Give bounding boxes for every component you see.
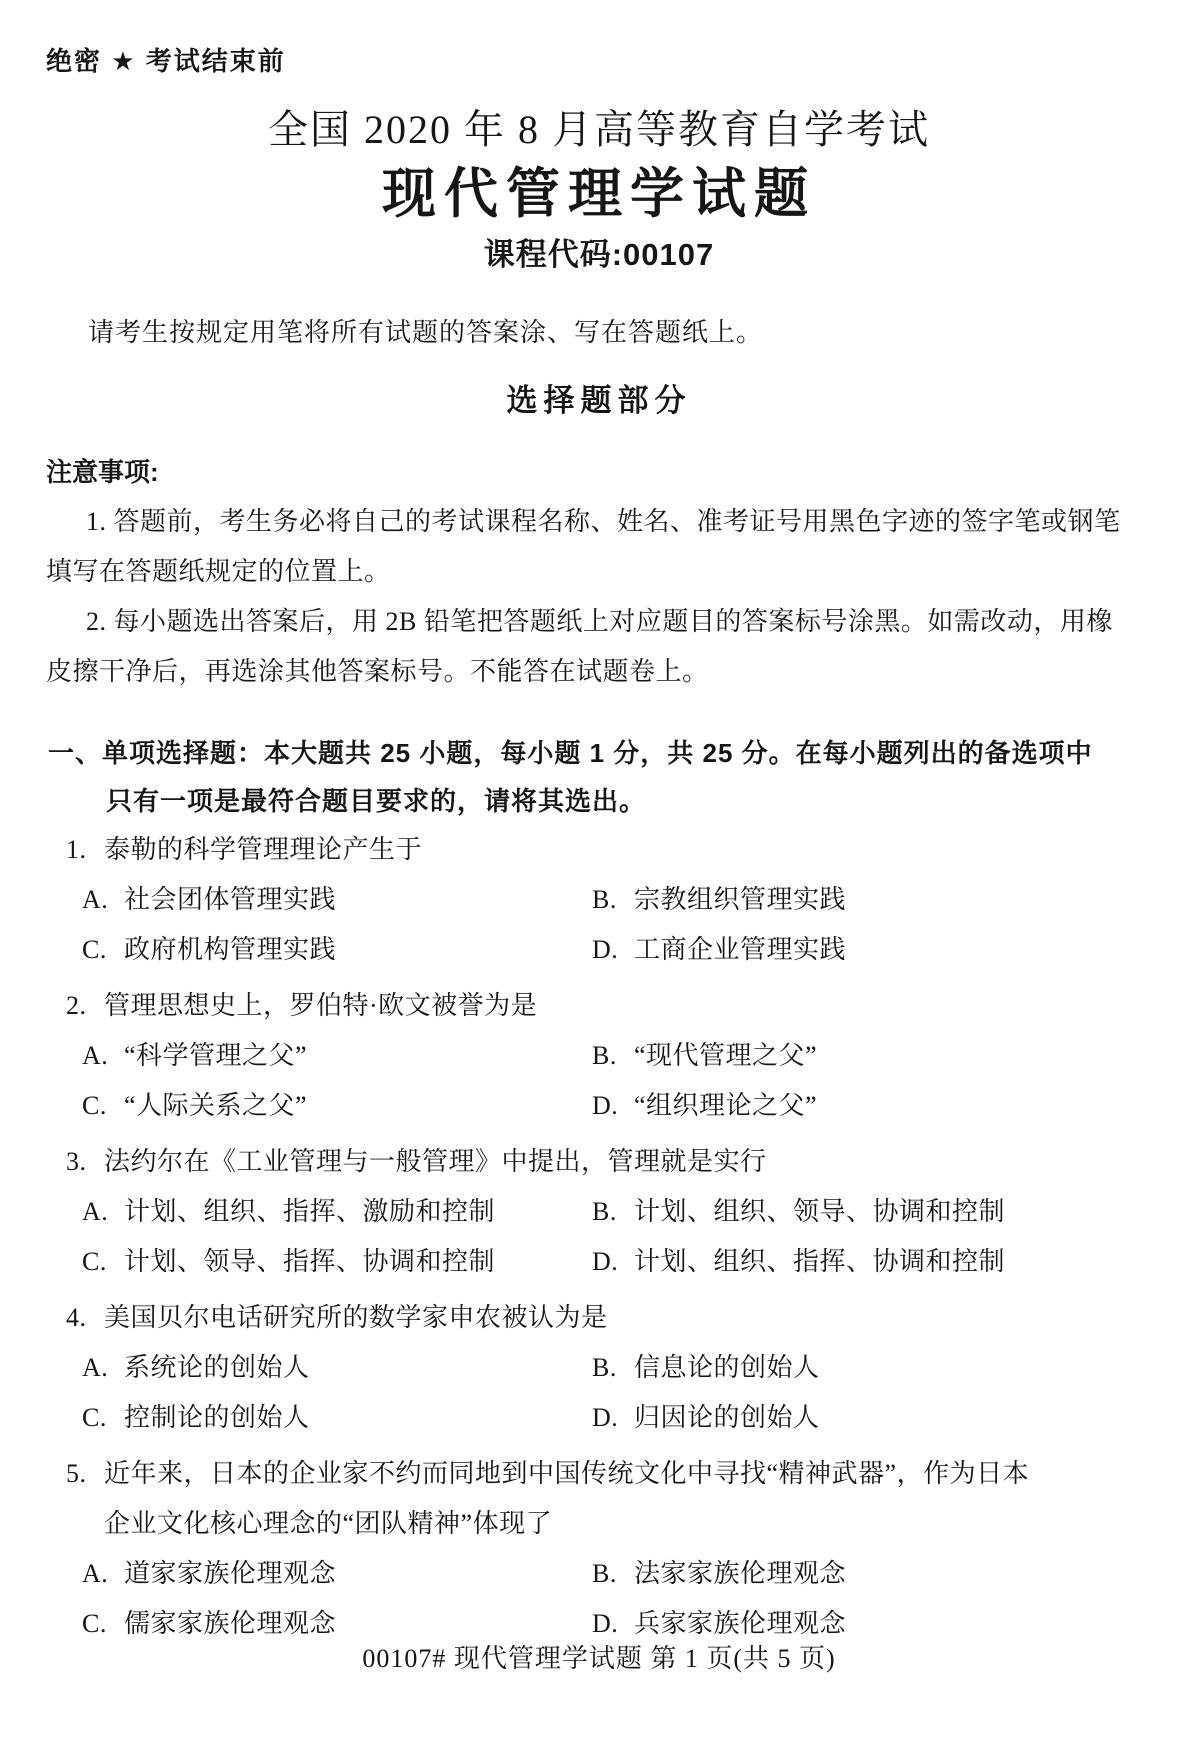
option-A: A.系统论的创始人 (82, 1343, 592, 1393)
question-stem-line: 企业文化核心理念的“团队精神”体现了 (104, 1499, 1152, 1549)
question-text: 近年来，日本的企业家不约而同地到中国传统文化中寻找“精神武器”，作为日本企业文化… (104, 1449, 1152, 1549)
secrecy-label: 绝密 ★ 考试结束前 (46, 46, 1152, 77)
option-label: D. (592, 1237, 634, 1287)
option-text: 计划、组织、指挥、协调和控制 (634, 1237, 1152, 1287)
note-item-1-line-1: 1. 答题前，考生务必将自己的考试课程名称、姓名、准考证号用黑色字迹的签字笔或钢… (46, 497, 1152, 547)
question-stem: 5. 近年来，日本的企业家不约而同地到中国传统文化中寻找“精神武器”，作为日本企… (46, 1449, 1152, 1549)
option-label: A. (82, 1187, 124, 1237)
question: 3. 法约尔在《工业管理与一般管理》中提出，管理就是实行 A.计划、组织、指挥、… (46, 1137, 1152, 1287)
question-number: 5. (66, 1449, 104, 1549)
question-stem-line: 管理思想史上，罗伯特·欧文被誉为是 (104, 981, 1152, 1031)
option-text: 法家家族伦理观念 (634, 1549, 1152, 1599)
question-text: 美国贝尔电话研究所的数学家申农被认为是 (104, 1293, 1152, 1343)
question-text: 泰勒的科学管理理论产生于 (104, 825, 1152, 875)
option-text: 系统论的创始人 (124, 1343, 592, 1393)
question: 4. 美国贝尔电话研究所的数学家申农被认为是 A.系统论的创始人B.信息论的创始… (46, 1293, 1152, 1443)
option-label: C. (82, 925, 124, 975)
option-label: B. (592, 1031, 634, 1081)
option-A: A.道家家族伦理观念 (82, 1549, 592, 1599)
question-number: 1. (66, 825, 104, 875)
exam-subject-title: 现代管理学试题 (46, 163, 1152, 225)
option-A: A.社会团体管理实践 (82, 875, 592, 925)
option-text: 归因论的创始人 (634, 1393, 1152, 1443)
option-label: B. (592, 1343, 634, 1393)
option-B: B.宗教组织管理实践 (592, 875, 1152, 925)
part-one-heading-line-1: 一、单项选择题：本大题共 25 小题，每小题 1 分，共 25 分。在每小题列出… (48, 729, 1152, 777)
option-D: D.“组织理论之父” (592, 1081, 1152, 1131)
option-text: 计划、组织、领导、协调和控制 (634, 1187, 1152, 1237)
notes-title: 注意事项: (46, 455, 1152, 489)
exam-title: 全国 2020 年 8 月高等教育自学考试 (46, 105, 1152, 155)
option-text: 计划、组织、指挥、激励和控制 (124, 1187, 592, 1237)
question-stem-line: 法约尔在《工业管理与一般管理》中提出，管理就是实行 (104, 1137, 1152, 1187)
question-options: A.社会团体管理实践B.宗教组织管理实践C.政府机构管理实践D.工商企业管理实践 (46, 875, 1152, 975)
option-D: D.归因论的创始人 (592, 1393, 1152, 1443)
option-text: 政府机构管理实践 (124, 925, 592, 975)
exam-paper-page: 绝密 ★ 考试结束前 全国 2020 年 8 月高等教育自学考试 现代管理学试题… (0, 0, 1198, 1752)
question: 2. 管理思想史上，罗伯特·欧文被誉为是 A.“科学管理之父”B.“现代管理之父… (46, 981, 1152, 1131)
question-text: 管理思想史上，罗伯特·欧文被誉为是 (104, 981, 1152, 1031)
option-A: A.计划、组织、指挥、激励和控制 (82, 1187, 592, 1237)
question-stem-line: 近年来，日本的企业家不约而同地到中国传统文化中寻找“精神武器”，作为日本 (104, 1449, 1152, 1499)
question-text: 法约尔在《工业管理与一般管理》中提出，管理就是实行 (104, 1137, 1152, 1187)
option-label: C. (82, 1393, 124, 1443)
option-B: B.“现代管理之父” (592, 1031, 1152, 1081)
option-text: “人际关系之父” (124, 1081, 592, 1131)
option-B: B.信息论的创始人 (592, 1343, 1152, 1393)
question-number: 2. (66, 981, 104, 1031)
notes-body: 1. 答题前，考生务必将自己的考试课程名称、姓名、准考证号用黑色字迹的签字笔或钢… (46, 497, 1152, 697)
option-label: B. (592, 1549, 634, 1599)
option-C: C.计划、领导、指挥、协调和控制 (82, 1237, 592, 1287)
option-label: B. (592, 1187, 634, 1237)
option-text: 信息论的创始人 (634, 1343, 1152, 1393)
notes-block: 注意事项: 1. 答题前，考生务必将自己的考试课程名称、姓名、准考证号用黑色字迹… (46, 455, 1152, 697)
option-label: C. (82, 1237, 124, 1287)
answering-instruction: 请考生按规定用笔将所有试题的答案涂、写在答题纸上。 (46, 315, 1152, 349)
question-stem-line: 美国贝尔电话研究所的数学家申农被认为是 (104, 1293, 1152, 1343)
option-D: D.工商企业管理实践 (592, 925, 1152, 975)
option-C: C.“人际关系之父” (82, 1081, 592, 1131)
option-D: D.计划、组织、指挥、协调和控制 (592, 1237, 1152, 1287)
questions: 1. 泰勒的科学管理理论产生于 A.社会团体管理实践B.宗教组织管理实践C.政府… (46, 825, 1152, 1649)
question: 1. 泰勒的科学管理理论产生于 A.社会团体管理实践B.宗教组织管理实践C.政府… (46, 825, 1152, 975)
option-label: D. (592, 925, 634, 975)
option-label: A. (82, 1549, 124, 1599)
question-stem: 3. 法约尔在《工业管理与一般管理》中提出，管理就是实行 (46, 1137, 1152, 1187)
option-text: 道家家族伦理观念 (124, 1549, 592, 1599)
option-text: 社会团体管理实践 (124, 875, 592, 925)
option-B: B.计划、组织、领导、协调和控制 (592, 1187, 1152, 1237)
option-label: D. (592, 1081, 634, 1131)
option-text: “组织理论之父” (634, 1081, 1152, 1131)
part-one-heading-line-2: 只有一项是最符合题目要求的，请将其选出。 (48, 777, 1152, 825)
section-title: 选择题部分 (46, 381, 1152, 421)
question-options: A.计划、组织、指挥、激励和控制B.计划、组织、领导、协调和控制C.计划、领导、… (46, 1187, 1152, 1287)
option-text: 工商企业管理实践 (634, 925, 1152, 975)
course-code: 课程代码:00107 (46, 235, 1152, 275)
question-stem: 2. 管理思想史上，罗伯特·欧文被誉为是 (46, 981, 1152, 1031)
question-number: 3. (66, 1137, 104, 1187)
note-item-2-line-2: 皮擦干净后，再选涂其他答案标号。不能答在试题卷上。 (46, 647, 1152, 697)
option-label: A. (82, 1343, 124, 1393)
note-item-2-line-1: 2. 每小题选出答案后，用 2B 铅笔把答题纸上对应题目的答案标号涂黑。如需改动… (46, 597, 1152, 647)
question-number: 4. (66, 1293, 104, 1343)
question-stem: 1. 泰勒的科学管理理论产生于 (46, 825, 1152, 875)
page-footer: 00107# 现代管理学试题 第 1 页(共 5 页) (0, 1642, 1198, 1676)
option-label: D. (592, 1393, 634, 1443)
note-item-1-line-2: 填写在答题纸规定的位置上。 (46, 547, 1152, 597)
question: 5. 近年来，日本的企业家不约而同地到中国传统文化中寻找“精神武器”，作为日本企… (46, 1449, 1152, 1649)
option-A: A.“科学管理之父” (82, 1031, 592, 1081)
question-options: A.道家家族伦理观念B.法家家族伦理观念C.儒家家族伦理观念D.兵家家族伦理观念 (46, 1549, 1152, 1649)
option-text: “科学管理之父” (124, 1031, 592, 1081)
option-text: “现代管理之父” (634, 1031, 1152, 1081)
option-text: 计划、领导、指挥、协调和控制 (124, 1237, 592, 1287)
question-stem-line: 泰勒的科学管理理论产生于 (104, 825, 1152, 875)
option-C: C.政府机构管理实践 (82, 925, 592, 975)
option-text: 宗教组织管理实践 (634, 875, 1152, 925)
question-stem: 4. 美国贝尔电话研究所的数学家申农被认为是 (46, 1293, 1152, 1343)
option-text: 控制论的创始人 (124, 1393, 592, 1443)
part-one-heading: 一、单项选择题：本大题共 25 小题，每小题 1 分，共 25 分。在每小题列出… (48, 729, 1152, 825)
option-label: C. (82, 1081, 124, 1131)
question-options: A.“科学管理之父”B.“现代管理之父”C.“人际关系之父”D.“组织理论之父” (46, 1031, 1152, 1131)
option-label: B. (592, 875, 634, 925)
option-label: A. (82, 875, 124, 925)
option-C: C.控制论的创始人 (82, 1393, 592, 1443)
question-options: A.系统论的创始人B.信息论的创始人C.控制论的创始人D.归因论的创始人 (46, 1343, 1152, 1443)
option-B: B.法家家族伦理观念 (592, 1549, 1152, 1599)
option-label: A. (82, 1031, 124, 1081)
